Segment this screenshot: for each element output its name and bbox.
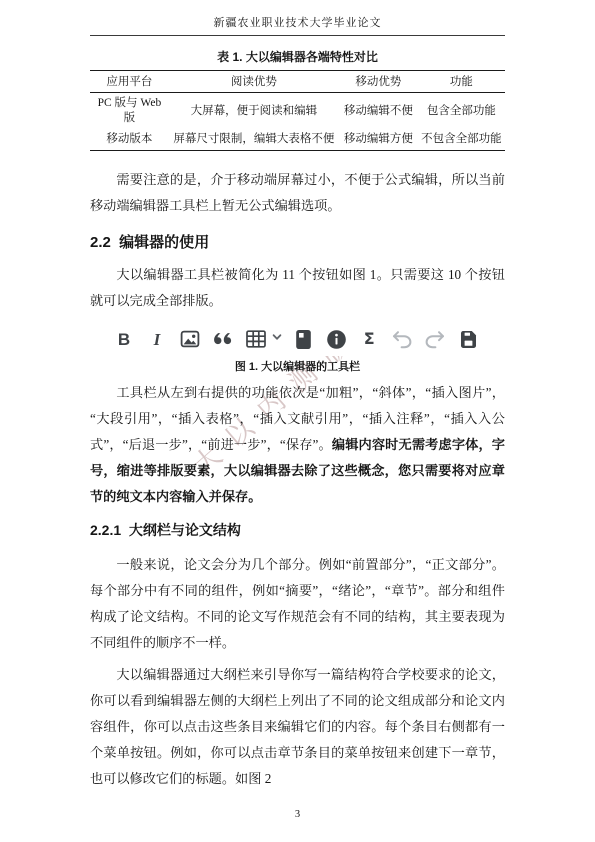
table-caption: 表 1. 大以编辑器各端特性对比 — [90, 48, 505, 65]
table-cell: 不包含全部功能 — [418, 129, 505, 151]
italic-icon: I — [145, 327, 169, 351]
page-content: 新疆农业职业技术大学毕业论文 表 1. 大以编辑器各端特性对比 应用平台 阅读优… — [90, 14, 505, 792]
paragraph-outline-guide: 大以编辑器通过大纲栏来引导你写一篇结构符合学校要求的论文，你可以看到编辑器左侧的… — [90, 662, 505, 792]
editor-toolbar-figure: B I — [112, 322, 480, 356]
running-header: 新疆农业职业技术大学毕业论文 — [90, 14, 505, 36]
table-header-row: 应用平台 阅读优势 移动优势 功能 — [90, 71, 505, 93]
paragraph-toolbar-intro: 大以编辑器工具栏被简化为 11 个按钮如图 1。只需要这 10 个按钮就可以完成… — [90, 262, 505, 314]
paragraph-outline-structure: 一般来说，论文会分为几个部分。例如“前置部分”，“正文部分”。每个部分中有不同的… — [90, 552, 505, 656]
bold-icon: B — [112, 327, 136, 351]
figure-caption: 图 1. 大以编辑器的工具栏 — [90, 358, 505, 374]
table-cell: PC 版与 Web 版 — [90, 93, 169, 130]
column-header: 移动优势 — [339, 71, 418, 93]
insert-note-icon — [324, 327, 348, 351]
table-cell: 移动编辑不便 — [339, 93, 418, 130]
insert-table-icon — [244, 327, 268, 351]
column-header: 阅读优势 — [169, 71, 339, 93]
blockquote-icon — [211, 327, 235, 351]
section-heading-2-2: 2.2 编辑器的使用 — [90, 231, 505, 252]
column-header: 应用平台 — [90, 71, 169, 93]
section-heading-2-2-1: 2.2.1 大纲栏与论文结构 — [90, 520, 505, 540]
undo-icon — [390, 327, 414, 351]
table-row: PC 版与 Web 版 大屏幕，便于阅读和编辑 移动编辑不便 包含全部功能 — [90, 93, 505, 130]
table-cell: 移动编辑方便 — [339, 129, 418, 151]
document-page: 大以内测版 新疆农业职业技术大学毕业论文 表 1. 大以编辑器各端特性对比 应用… — [0, 0, 595, 842]
table-cell: 屏幕尺寸限制，编辑大表格不便 — [169, 129, 339, 151]
column-header: 功能 — [418, 71, 505, 93]
save-icon — [456, 327, 480, 351]
table-cell: 大屏幕，便于阅读和编辑 — [169, 93, 339, 130]
table-row: 移动版本 屏幕尺寸限制，编辑大表格不便 移动编辑方便 不包含全部功能 — [90, 129, 505, 151]
table-cell: 包含全部功能 — [418, 93, 505, 130]
table-cell: 移动版本 — [90, 129, 169, 151]
insert-formula-icon: Σ — [357, 327, 381, 351]
feature-comparison-table: 应用平台 阅读优势 移动优势 功能 PC 版与 Web 版 大屏幕，便于阅读和编… — [90, 70, 505, 151]
paragraph-toolbar-functions: 工具栏从左到右提供的功能依次是“加粗”，“斜体”，“插入图片”，“大段引用”，“… — [90, 380, 505, 510]
insert-citation-icon — [291, 327, 315, 351]
chevron-down-icon — [271, 330, 283, 348]
insert-table-dropdown — [244, 327, 283, 351]
redo-icon — [423, 327, 447, 351]
page-number: 3 — [0, 809, 595, 820]
insert-image-icon — [178, 327, 202, 351]
paragraph-mobile-note: 需要注意的是，介于移动端屏幕过小，不便于公式编辑，所以当前移动端编辑器工具栏上暂… — [90, 167, 505, 219]
